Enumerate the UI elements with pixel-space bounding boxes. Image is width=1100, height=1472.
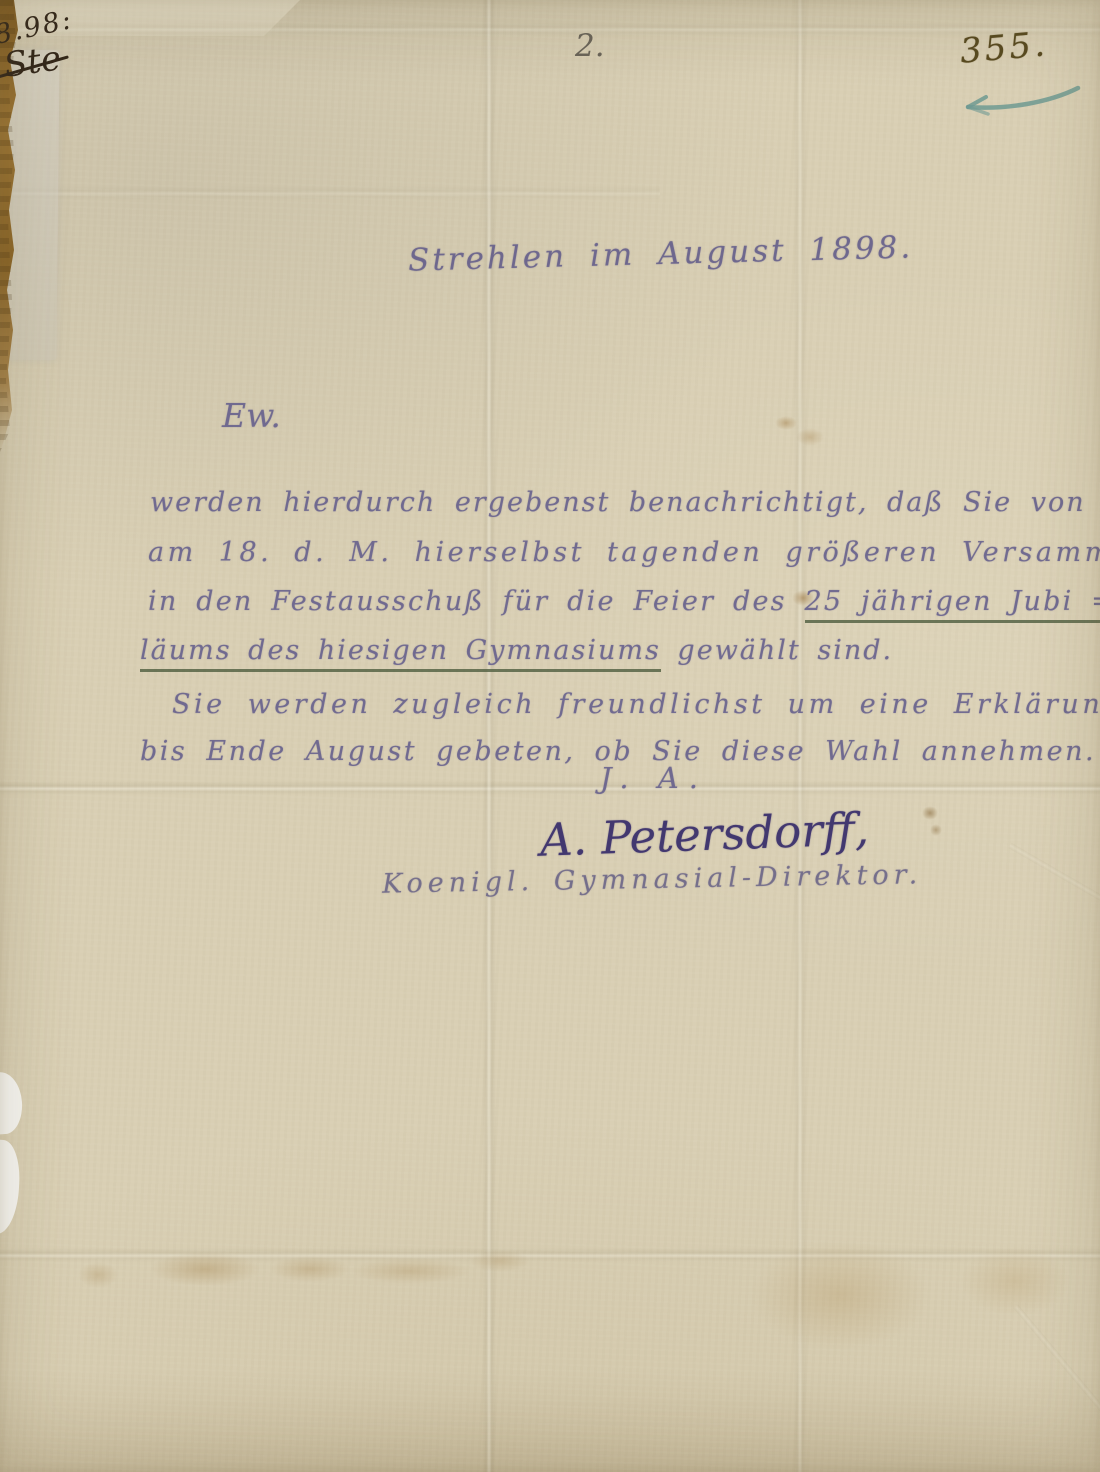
per-procura-abbreviation: J. A. bbox=[600, 761, 708, 795]
body-line-1: werden hierdurch ergebenst benachrichtig… bbox=[150, 487, 1100, 518]
body-line-4-text: gewählt sind. bbox=[661, 635, 893, 666]
body-line-4: läums des hiesigen Gymnasiums gewählt si… bbox=[140, 635, 893, 666]
pencil-arrow-icon bbox=[946, 76, 1086, 128]
salutation: Ew. bbox=[222, 396, 281, 435]
body-line-4-underlined-phrase: läums des hiesigen Gymnasiums bbox=[140, 635, 661, 672]
body-line-2: am 18. d. M. hierselbst tagenden größere… bbox=[148, 537, 1100, 568]
body-line-3-underlined-phrase: 25 jährigen Jubi = bbox=[805, 586, 1100, 623]
folio-number: 355. bbox=[958, 24, 1049, 71]
scanned-letter-page: 8.98: Ste 2. 355. Strehlen im August 189… bbox=[0, 0, 1100, 1472]
body-line-5: Sie werden zugleich freundlichst um eine… bbox=[172, 689, 1100, 720]
body-line-3: in den Festausschuß für die Feier des 25… bbox=[148, 586, 1100, 617]
page-number: 2. bbox=[575, 28, 605, 64]
body-line-3-text: in den Festausschuß für die Feier des bbox=[148, 586, 805, 617]
